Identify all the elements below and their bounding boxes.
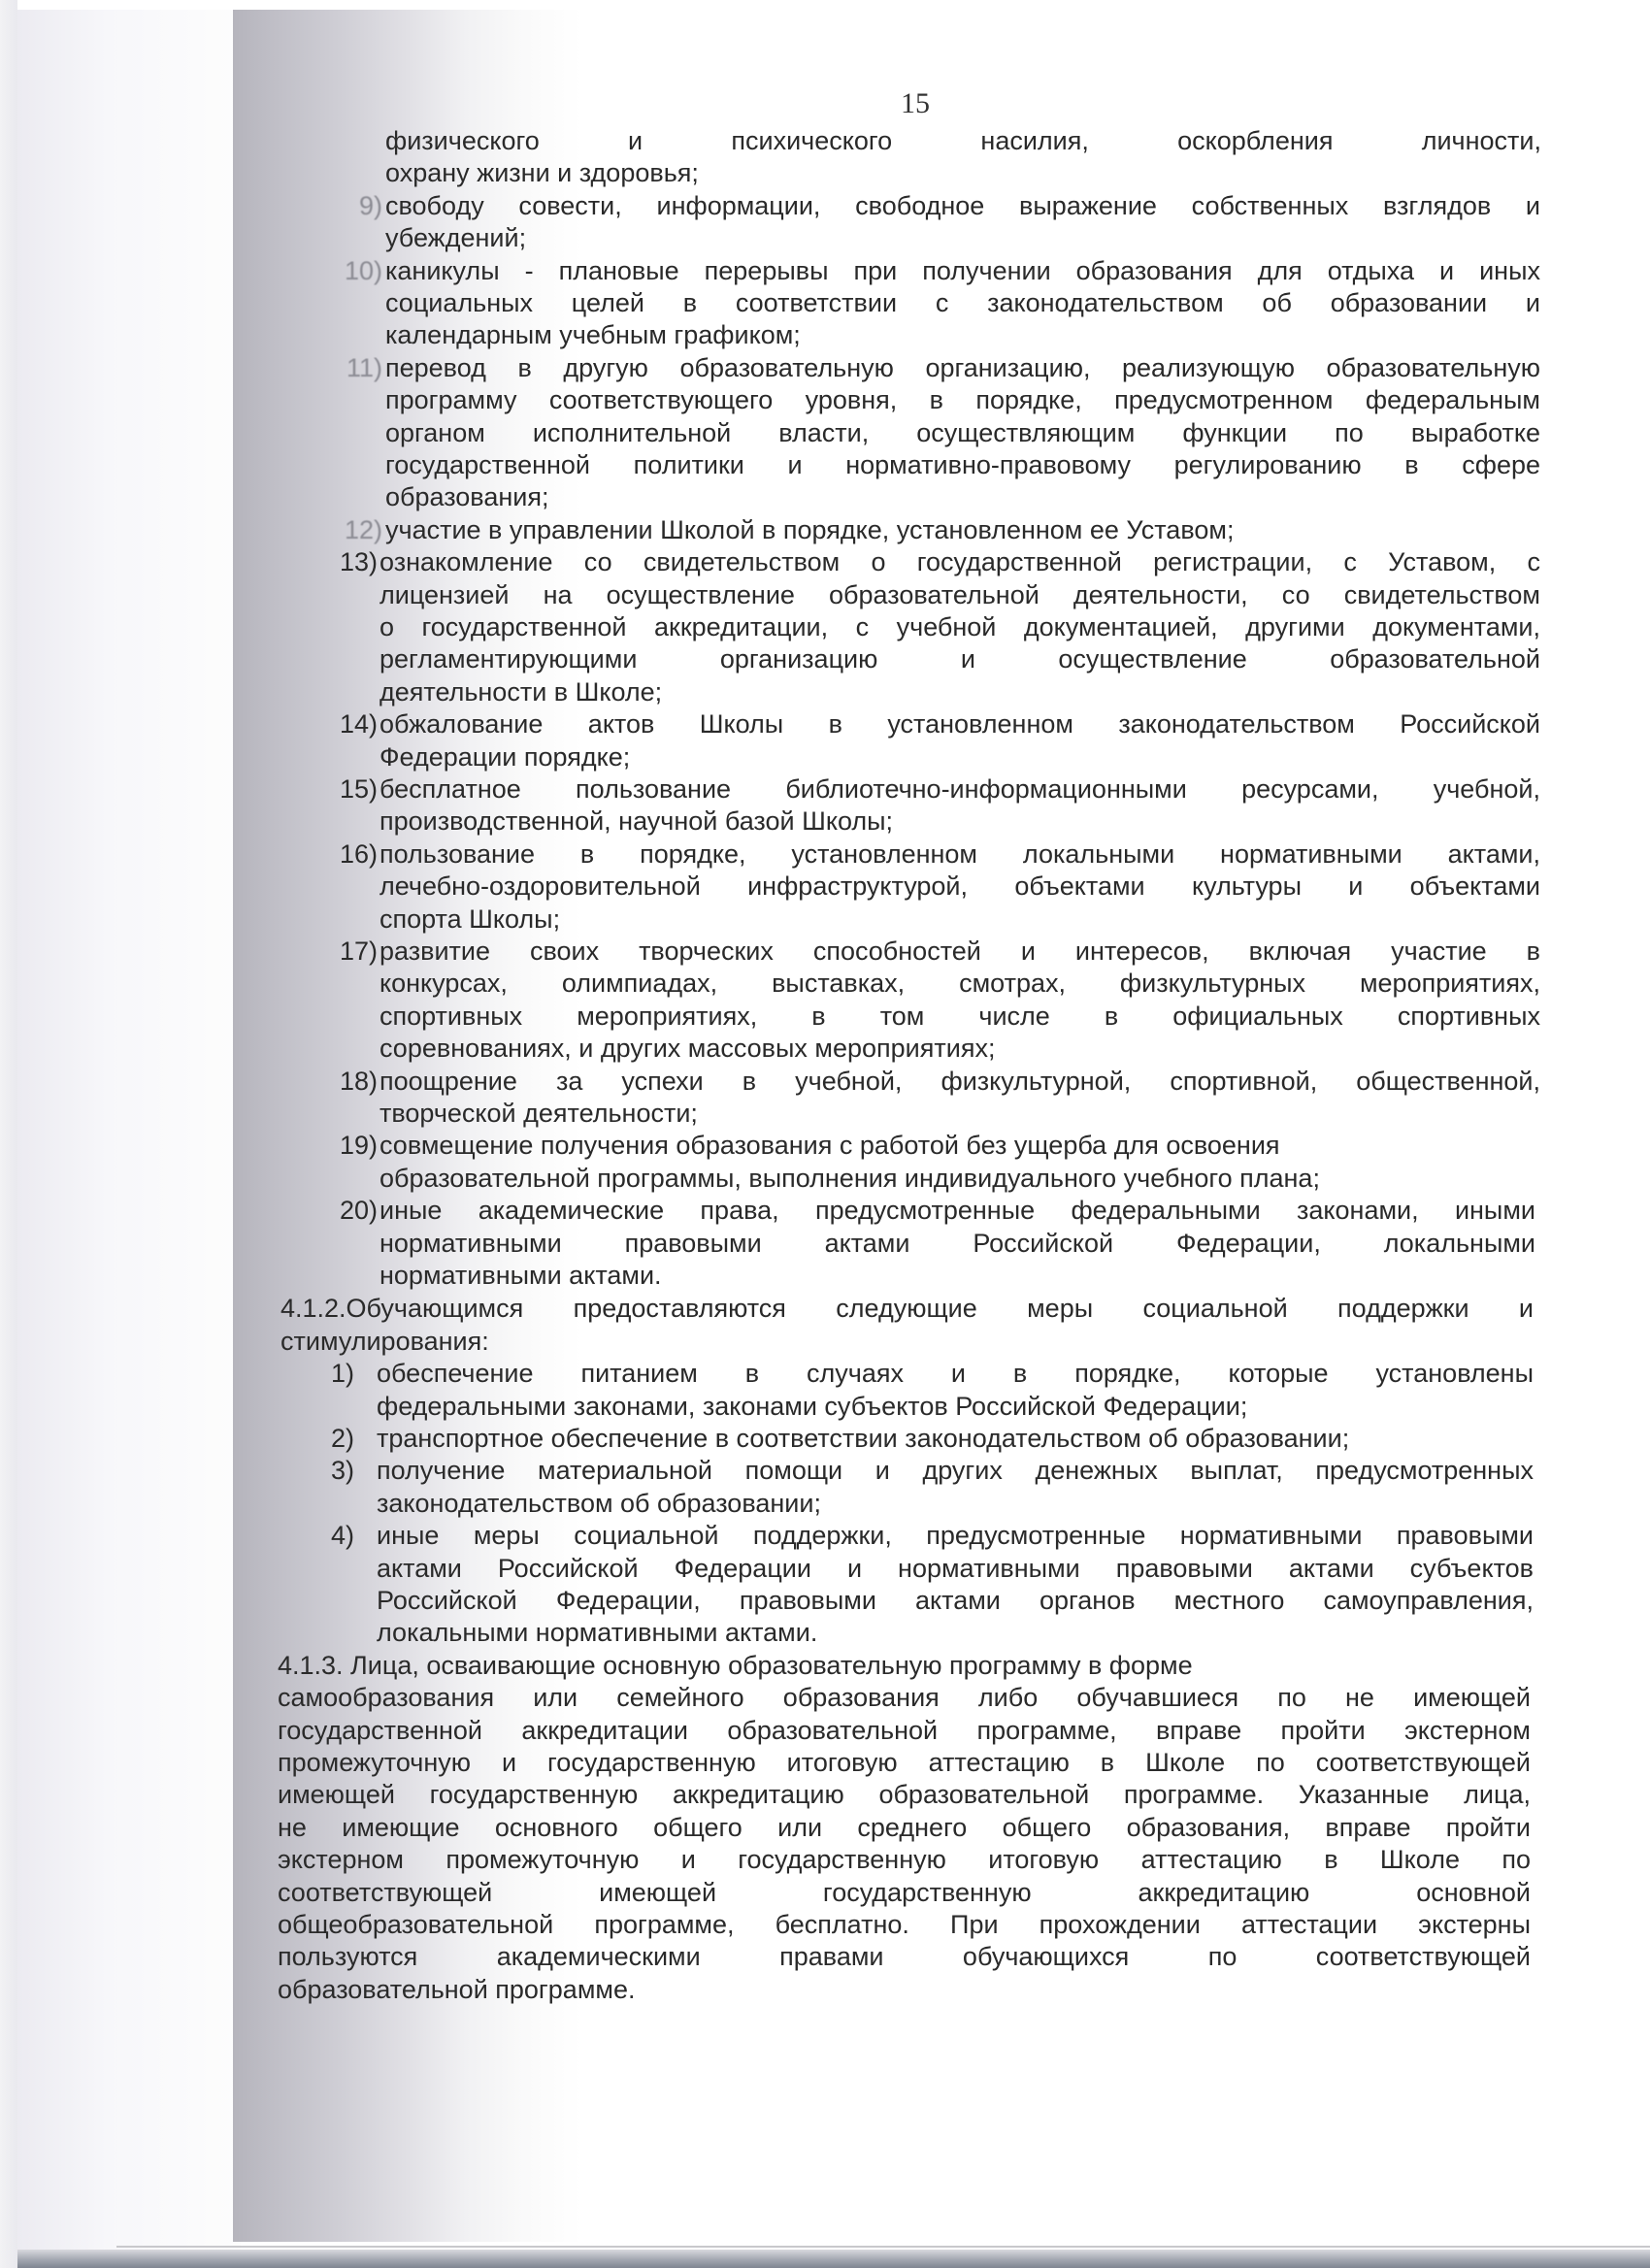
list-item-line: лицензией на осуществление образовательн… xyxy=(379,579,1540,612)
list-item-line: нормативными актами. xyxy=(379,1260,1535,1293)
page-number: 15 xyxy=(901,87,930,120)
support-measure-line: получение материальной помощи и других д… xyxy=(377,1455,1534,1488)
previous-page-bleed xyxy=(17,10,241,2268)
list-item-number: 4) xyxy=(331,1520,354,1553)
list-item-line: физического и психического насилия, оско… xyxy=(385,125,1541,158)
section-heading-4-1-2: 4.1.2.Обучающимся предоставляются следую… xyxy=(280,1293,1534,1326)
support-measure-line: федеральными законами, законами субъекто… xyxy=(377,1391,1534,1424)
list-item-line: каникулы - плановые перерывы при получен… xyxy=(385,255,1540,288)
list-item-number: 15) xyxy=(340,773,378,806)
list-item-number: 16) xyxy=(340,838,378,871)
list-item-number: 1) xyxy=(331,1358,354,1391)
page-bottom-edge-line xyxy=(116,2246,1650,2248)
list-item-line: поощрение за успехи в учебной, физкульту… xyxy=(379,1066,1540,1099)
list-item-number: 17) xyxy=(340,936,378,969)
support-measure-line: иные меры социальной поддержки, предусмо… xyxy=(377,1520,1534,1553)
list-item-number: 14) xyxy=(340,708,378,741)
list-item-line: развитие своих творческих способностей и… xyxy=(379,936,1540,969)
section-heading-4-1-2: стимулирования: xyxy=(280,1326,1534,1359)
support-measure-line: законодательством об образовании; xyxy=(377,1488,1534,1521)
list-item-line: охрану жизни и здоровья; xyxy=(385,157,1541,190)
section-paragraph-4-1-3: образовательной программе. xyxy=(278,1974,1531,2007)
list-item-line: календарным учебным графиком; xyxy=(385,319,1540,352)
section-paragraph-4-1-3: общеобразовательной программе, бесплатно… xyxy=(278,1909,1531,1942)
section-paragraph-4-1-3: соответствующей имеющей государственную … xyxy=(278,1877,1531,1910)
list-item-line: лечебно-оздоровительной инфраструктурой,… xyxy=(379,871,1540,904)
list-item-number: 20) xyxy=(340,1195,378,1228)
scanner-bottom-edge xyxy=(17,2250,1650,2268)
list-item-line: регламентирующими организацию и осуществ… xyxy=(379,643,1540,676)
section-paragraph-4-1-3: промежуточную и государственную итоговую… xyxy=(278,1747,1531,1780)
list-item-line: пользование в порядке, установленном лок… xyxy=(379,838,1540,871)
list-item-line: программу соответствующего уровня, в пор… xyxy=(385,384,1540,417)
list-item-number: 9) xyxy=(359,190,382,223)
list-item-line: обжалование актов Школы в установленном … xyxy=(379,708,1540,741)
list-item-line: совмещение получения образования с работ… xyxy=(379,1130,1535,1163)
list-item-line: деятельности в Школе; xyxy=(379,676,1540,709)
list-item-number: 12) xyxy=(345,514,382,547)
section-paragraph-4-1-3: пользуются академическими правами обучаю… xyxy=(278,1941,1531,1974)
list-item-number: 13) xyxy=(340,546,378,579)
support-measure-line: обеспечение питанием в случаях и в поряд… xyxy=(377,1358,1534,1391)
list-item-line: органом исполнительной власти, осуществл… xyxy=(385,417,1540,450)
list-item-line: государственной политики и нормативно-пр… xyxy=(385,449,1540,482)
list-item-number: 18) xyxy=(340,1066,378,1099)
list-item-line: ознакомление со свидетельством о государ… xyxy=(379,546,1540,579)
list-item-number: 10) xyxy=(345,255,382,288)
list-item-number: 19) xyxy=(340,1130,378,1163)
support-measure-line: актами Российской Федерации и нормативны… xyxy=(377,1553,1534,1586)
list-item-line: производственной, научной базой Школы; xyxy=(379,805,1540,838)
section-paragraph-4-1-3: экстерном промежуточную и государственну… xyxy=(278,1844,1531,1877)
list-item-line: соревнованиях, и других массовых меропри… xyxy=(379,1033,1540,1066)
scanner-edge xyxy=(0,0,17,2268)
list-item-line: социальных целей в соответствии с законо… xyxy=(385,287,1540,320)
list-item-line: бесплатное пользование библиотечно-инфор… xyxy=(379,773,1540,806)
list-item-line: образования; xyxy=(385,481,1540,514)
section-paragraph-4-1-3: имеющей государственную аккредитацию обр… xyxy=(278,1779,1531,1812)
support-measure-line: транспортное обеспечение в соответствии … xyxy=(377,1423,1534,1456)
list-item-line: спорта Школы; xyxy=(379,904,1540,937)
list-item-line: свободу совести, информации, свободное в… xyxy=(385,190,1540,223)
section-paragraph-4-1-3: государственной аккредитации образовател… xyxy=(278,1715,1531,1748)
list-item-number: 11) xyxy=(346,352,382,385)
list-item-number: 2) xyxy=(331,1423,354,1456)
section-paragraph-4-1-3: 4.1.3. Лица, осваивающие основную образо… xyxy=(278,1650,1531,1683)
list-item-line: Федерации порядке; xyxy=(379,741,1540,774)
list-item-line: конкурсах, олимпиадах, выставках, смотра… xyxy=(379,968,1540,1001)
support-measure-line: локальными нормативными актами. xyxy=(377,1617,1534,1650)
list-item-line: образовательной программы, выполнения ин… xyxy=(379,1163,1535,1196)
list-item-line: убеждений; xyxy=(385,222,1540,255)
list-item-line: нормативными правовыми актами Российской… xyxy=(379,1228,1535,1261)
list-item-line: спортивных мероприятиях, в том числе в о… xyxy=(379,1001,1540,1034)
list-item-line: о государственной аккредитации, с учебно… xyxy=(379,611,1540,644)
section-paragraph-4-1-3: самообразования или семейного образовани… xyxy=(278,1682,1531,1715)
section-paragraph-4-1-3: не имеющие основного общего или среднего… xyxy=(278,1812,1531,1845)
list-item-line: участие в управлении Школой в порядке, у… xyxy=(385,514,1540,547)
list-item-line: иные академические права, предусмотренны… xyxy=(379,1195,1535,1228)
list-item-line: творческой деятельности; xyxy=(379,1098,1540,1131)
list-item-number: 3) xyxy=(331,1455,354,1488)
support-measure-line: Российской Федерации, правовыми актами о… xyxy=(377,1585,1534,1618)
list-item-line: перевод в другую образовательную организ… xyxy=(385,352,1540,385)
